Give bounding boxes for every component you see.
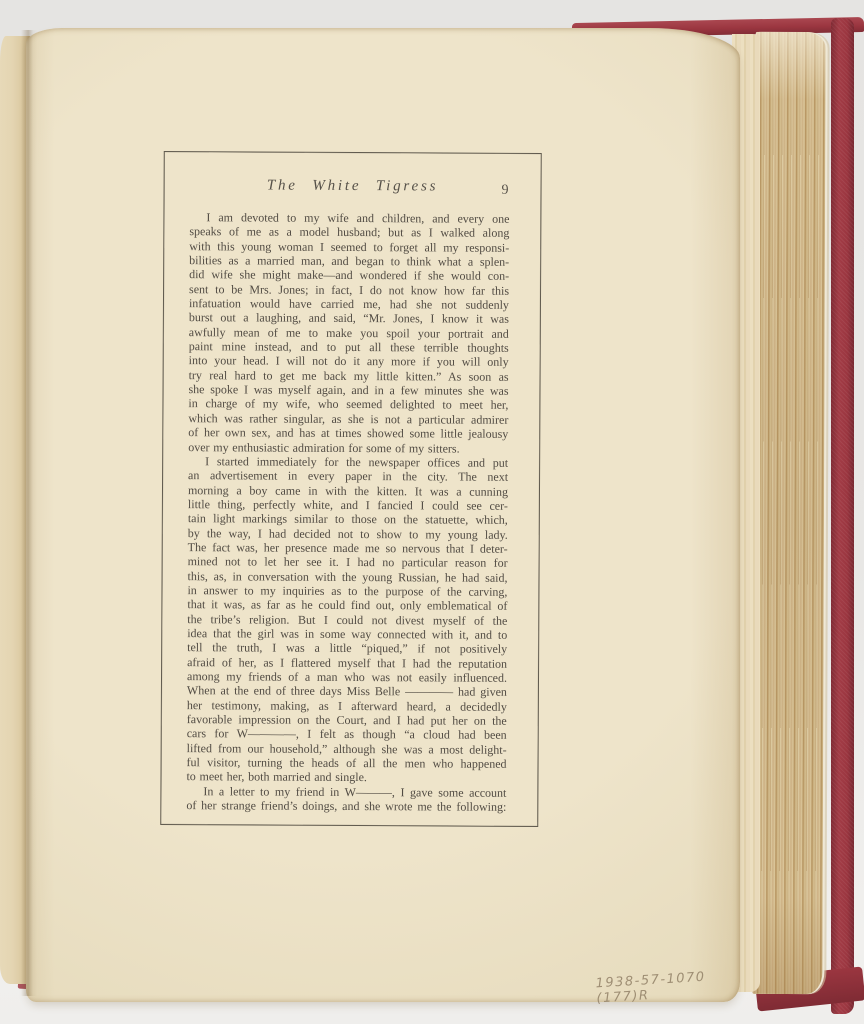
text-line: this, as, in conversation with the young… <box>188 569 508 585</box>
text-line: did wife she might make—and wondered if … <box>189 268 509 284</box>
text-line: that it was, as far as he could find out… <box>187 597 507 613</box>
text-line: over my enthusiastic admiration for some… <box>188 440 508 456</box>
text-line: an advertisement in every paper in the c… <box>188 468 508 484</box>
text-line: mined not to let her see it. I had no pa… <box>188 554 508 570</box>
text-line: tain light markings similar to those on … <box>188 511 508 527</box>
text-line: burst out a laughing, and said, “Mr. Jon… <box>189 311 509 327</box>
page-title: The White Tigress <box>165 177 541 196</box>
text-line: of her strange friend’s doings, and she … <box>186 798 506 814</box>
accession-number-annotation: 1938-57-1070 (177)R <box>595 968 741 1007</box>
text-line: into your head. I will not do it any mor… <box>189 354 509 370</box>
text-line: by the way, I had decided not to show to… <box>188 526 508 542</box>
photo-backdrop: The White Tigress 9 I am devoted to my w… <box>0 0 864 1024</box>
page-edges-stack <box>752 32 825 994</box>
text-line: When at the end of three days Miss Belle… <box>187 683 507 699</box>
running-head: The White Tigress 9 <box>165 177 541 200</box>
book-page: The White Tigress 9 I am devoted to my w… <box>26 28 740 1002</box>
text-line: speaks of me as a model husband; but as … <box>189 224 509 240</box>
text-line: of her own sex, and has at times showed … <box>188 425 508 441</box>
text-line: tell the truth, I was a little “piqued,”… <box>187 640 507 656</box>
text-frame-border: The White Tigress 9 I am devoted to my w… <box>160 151 542 827</box>
page-number: 9 <box>502 183 509 199</box>
gutter-shadow <box>21 30 37 996</box>
text-line: the tribe’s religion. But I could not di… <box>187 612 507 628</box>
text-line: cars for W————, I felt as though “a clou… <box>187 727 507 743</box>
book-cover-right-edge <box>831 18 854 1014</box>
text-line: in charge of my wife, who seemed delight… <box>188 397 508 413</box>
paragraphs: I am devoted to my wife and children, an… <box>161 210 540 814</box>
text-line: morning a boy came in with the kitten. I… <box>188 483 508 499</box>
text-line: to meet her, both married and single. <box>186 770 506 786</box>
